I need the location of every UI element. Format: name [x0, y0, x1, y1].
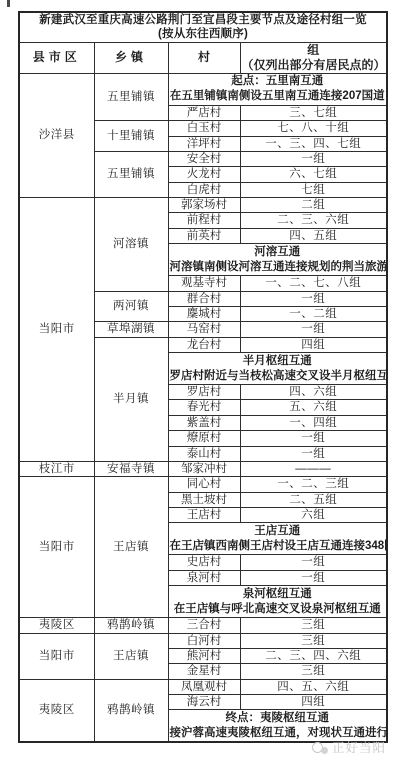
title-line-2: (按从东往西顺序) — [21, 27, 385, 41]
note-line-1: 起点：五里南互通 — [170, 74, 386, 89]
village-cell: 泰山村 — [168, 446, 240, 461]
village-cell: 史店村 — [168, 555, 240, 570]
village-cell: 观基寺村 — [168, 276, 240, 291]
county-cell: 沙洋县 — [19, 73, 94, 197]
group-cell: 三组 — [240, 664, 387, 679]
interchange-note-cell: 半月枢纽互通罗店村附近与当枝松高速交叉设半月枢纽互通 — [168, 353, 387, 385]
village-cell: 洋坪村 — [168, 136, 240, 151]
village-cell: 海云村 — [168, 695, 240, 710]
town-cell: 草埠湖镇 — [94, 322, 168, 337]
group-cell: 一组 — [240, 555, 387, 570]
village-cell: 群合村 — [168, 291, 240, 306]
village-cell: 龙台村 — [168, 337, 240, 352]
town-cell: 河溶镇 — [94, 198, 168, 292]
watermark: 正好当阳 — [312, 738, 386, 756]
roadway-nodes-table-wrap: 新建武汉至重庆高速公路荆门至宜昌段主要节点及途径村组一览 (按从东往西顺序) 县… — [18, 11, 386, 743]
group-cell: 二组 — [240, 198, 387, 213]
group-cell: 四、五、六组 — [240, 679, 387, 694]
town-cell: 鸦鹊岭镇 — [94, 679, 168, 742]
village-cell: 紫盖村 — [168, 415, 240, 430]
group-cell: 一组 — [240, 570, 387, 585]
town-cell: 鸦鹊岭镇 — [94, 618, 168, 633]
title-row: 新建武汉至重庆高速公路荆门至宜昌段主要节点及途径村组一览 (按从东往西顺序) — [19, 12, 387, 42]
page-title: 新建武汉至重庆高速公路荆门至宜昌段主要节点及途径村组一览 (按从东往西顺序) — [19, 12, 387, 42]
village-cell: 熊河村 — [168, 648, 240, 663]
town-cell: 王店镇 — [94, 477, 168, 618]
group-cell: 二、三、四、六组 — [240, 648, 387, 663]
header-group: 组（仅列出部分有居民点的） — [240, 42, 387, 73]
note-line-1: 泉河枢纽互通 — [170, 587, 386, 602]
group-cell: 四、六组 — [240, 385, 387, 400]
table-row: 夷陵区鸦鹊岭镇凤凰观村四、五、六组 — [19, 679, 387, 694]
table-row: 枝江市安福寺镇邹家冲村——— — [19, 461, 387, 476]
village-cell: 白虎村 — [168, 182, 240, 197]
title-line-1: 新建武汉至重庆高速公路荆门至宜昌段主要节点及途径村组一览 — [21, 13, 385, 27]
note-line-1: 河溶互通 — [170, 245, 386, 260]
county-cell: 枝江市 — [19, 461, 94, 476]
village-cell: 白河村 — [168, 633, 240, 648]
zhenghao-dangyang-logo-icon — [312, 741, 328, 754]
note-line-1: 王店互通 — [170, 524, 386, 539]
column-header-row: 县市区 乡镇 村 组（仅列出部分有居民点的） — [19, 42, 387, 73]
group-cell: 一、二、三组 — [240, 477, 387, 492]
village-cell: 王店村 — [168, 508, 240, 523]
table-row: 夷陵区鸦鹊岭镇三合村三组 — [19, 618, 387, 633]
note-line-2: 在王店镇西南侧王店村设王店互通连接348国道 — [170, 539, 386, 554]
watermark-label: 正好当阳 — [332, 738, 386, 756]
village-cell: 同心村 — [168, 477, 240, 492]
village-cell: 郭家场村 — [168, 198, 240, 213]
village-cell: 金星村 — [168, 664, 240, 679]
village-cell: 前英村 — [168, 228, 240, 243]
table-row: 当阳市河溶镇郭家场村二组 — [19, 198, 387, 213]
village-cell: 黑土坡村 — [168, 492, 240, 507]
interchange-note-cell: 泉河枢纽互通在王店镇与呼北高速交叉设泉河枢纽互通 — [168, 586, 387, 618]
village-cell: 马窑村 — [168, 322, 240, 337]
group-cell: 二、三、六组 — [240, 213, 387, 228]
roadway-nodes-table: 新建武汉至重庆高速公路荆门至宜昌段主要节点及途径村组一览 (按从东往西顺序) 县… — [18, 11, 388, 743]
village-cell: 三合村 — [168, 618, 240, 633]
county-cell: 当阳市 — [19, 198, 94, 462]
town-cell: 五里铺镇 — [94, 151, 168, 197]
header-town: 乡镇 — [94, 42, 168, 73]
group-cell: 六组 — [240, 508, 387, 523]
town-cell: 五里铺镇 — [94, 73, 168, 120]
note-line-2: 罗店村附近与当枝松高速交叉设半月枢纽互通 — [170, 369, 386, 384]
town-cell: 两河镇 — [94, 291, 168, 322]
note-line-2: 在王店镇与呼北高速交叉设泉河枢纽互通 — [170, 602, 386, 617]
county-cell: 夷陵区 — [19, 618, 94, 633]
group-cell: 一组 — [240, 446, 387, 461]
village-cell: 凤凰观村 — [168, 679, 240, 694]
town-cell: 王店镇 — [94, 633, 168, 679]
note-line-1: 终点：夷陵枢纽互通 — [170, 711, 386, 726]
group-cell: 四组 — [240, 695, 387, 710]
town-cell: 十里铺镇 — [94, 121, 168, 152]
village-cell: 春光村 — [168, 400, 240, 415]
note-line-1: 半月枢纽互通 — [170, 354, 386, 369]
group-cell: 一组 — [240, 291, 387, 306]
group-cell: 三组 — [240, 618, 387, 633]
group-cell: 一、二、七、八组 — [240, 276, 387, 291]
village-cell: 罗店村 — [168, 385, 240, 400]
table-row: 当阳市王店镇同心村一、二、三组 — [19, 477, 387, 492]
group-cell: ——— — [240, 461, 387, 476]
note-line-2: 河溶镇南侧设河溶互通连接规划的荆当旅游公路 — [170, 260, 386, 275]
screen-edge-artifact — [7, 0, 10, 7]
county-cell: 当阳市 — [19, 477, 94, 618]
town-cell: 安福寺镇 — [94, 461, 168, 476]
village-cell: 麇城村 — [168, 306, 240, 321]
group-cell: 七组 — [240, 182, 387, 197]
group-cell: 五、六组 — [240, 400, 387, 415]
group-cell: 六、七组 — [240, 167, 387, 182]
group-cell: 一组 — [240, 322, 387, 337]
table-row: 当阳市王店镇白河村三组 — [19, 633, 387, 648]
village-cell: 泉河村 — [168, 570, 240, 585]
group-cell: 三、七组 — [240, 105, 387, 120]
county-cell: 当阳市 — [19, 633, 94, 679]
group-cell: 三组 — [240, 633, 387, 648]
village-cell: 白玉村 — [168, 121, 240, 136]
group-cell: 一、三、四、七组 — [240, 136, 387, 151]
group-cell: 一、二组 — [240, 306, 387, 321]
village-cell: 严店村 — [168, 105, 240, 120]
note-line-2: 在五里铺镇南侧设五里南互通连接207国道 — [170, 89, 386, 104]
interchange-note-cell: 河溶互通河溶镇南侧设河溶互通连接规划的荆当旅游公路 — [168, 244, 387, 276]
county-cell: 夷陵区 — [19, 679, 94, 742]
village-cell: 邹家冲村 — [168, 461, 240, 476]
header-village: 村 — [168, 42, 240, 73]
town-cell: 半月镇 — [94, 337, 168, 461]
table-row: 沙洋县五里铺镇起点：五里南互通在五里铺镇南侧设五里南互通连接207国道 — [19, 73, 387, 105]
interchange-note-cell: 王店互通在王店镇西南侧王店村设王店互通连接348国道 — [168, 523, 387, 555]
group-cell: 四、五组 — [240, 228, 387, 243]
header-county: 县市区 — [19, 42, 94, 73]
village-cell: 安全村 — [168, 151, 240, 166]
village-cell: 火龙村 — [168, 167, 240, 182]
group-cell: 七、八、十组 — [240, 121, 387, 136]
group-cell: 一组 — [240, 431, 387, 446]
group-cell: 一组 — [240, 151, 387, 166]
interchange-note-cell: 起点：五里南互通在五里铺镇南侧设五里南互通连接207国道 — [168, 73, 387, 105]
table-body: 沙洋县五里铺镇起点：五里南互通在五里铺镇南侧设五里南互通连接207国道严店村三、… — [19, 73, 387, 742]
village-cell: 前程村 — [168, 213, 240, 228]
village-cell: 燎原村 — [168, 431, 240, 446]
group-cell: 四组 — [240, 337, 387, 352]
group-cell: 一、四组 — [240, 415, 387, 430]
group-cell: 二、五组 — [240, 492, 387, 507]
